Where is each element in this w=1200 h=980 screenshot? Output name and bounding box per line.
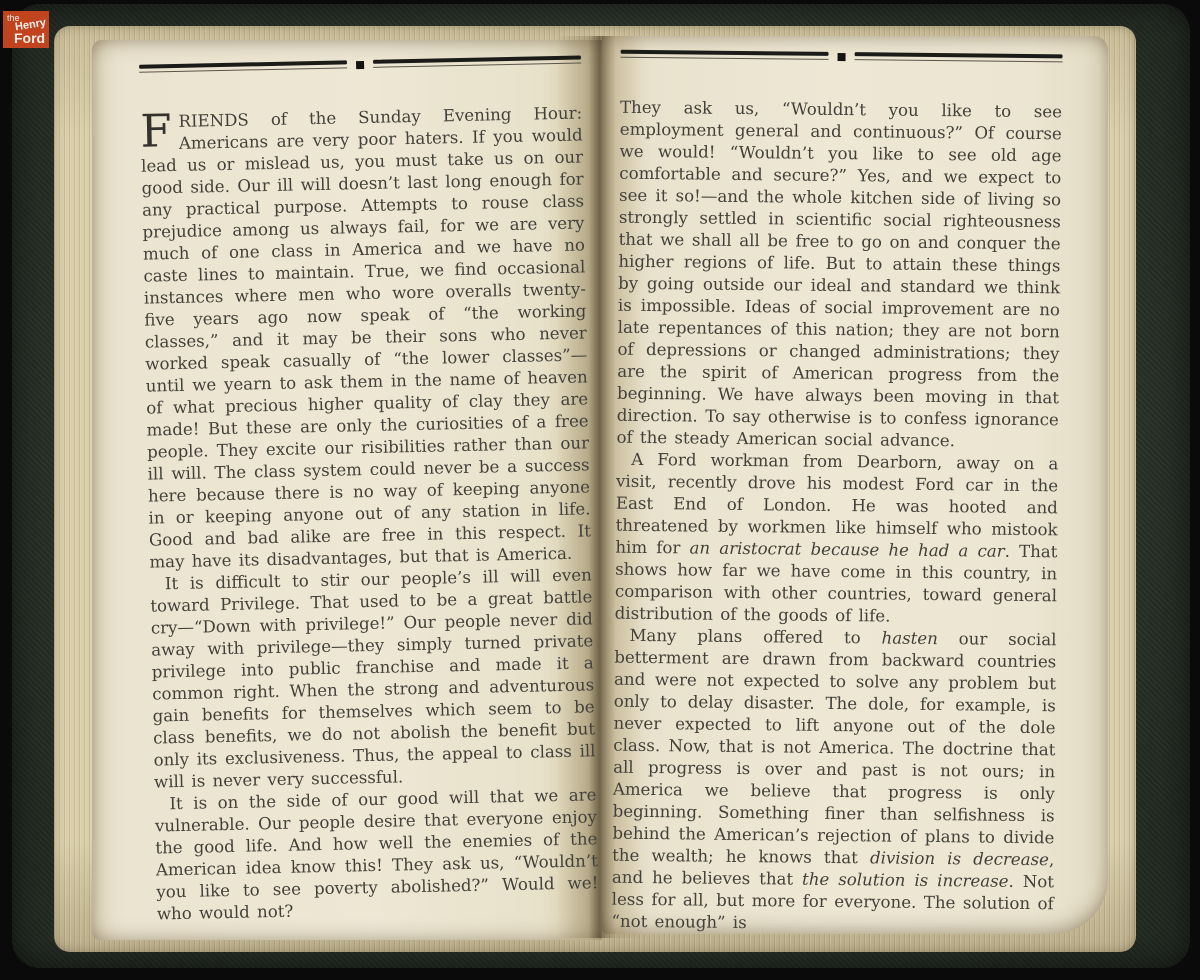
logo-word-ford: Ford: [14, 30, 45, 46]
paragraph: It is difficult to stir our people’s ill…: [150, 564, 597, 793]
paragraph: They ask us, “Wouldn’t you like to see e…: [616, 97, 1062, 454]
paragraph: Many plans offered to hasten our social …: [611, 625, 1056, 938]
text-run: RIENDS of the Sunday Evening Hour: Ameri…: [141, 103, 591, 571]
text-run: Many plans offered to: [629, 626, 881, 648]
right-page-text: They ask us, “Wouldn’t you like to see e…: [611, 97, 1062, 938]
text-run: our social betterment are drawn from bac…: [612, 629, 1056, 867]
italic-text-run: the solution is increase: [802, 870, 1009, 891]
photo-background: FRIENDS of the Sunday Evening Hour: Amer…: [0, 0, 1200, 980]
italic-text-run: hasten: [881, 628, 937, 648]
paragraph: A Ford workman from Dearborn, away on a …: [615, 449, 1059, 630]
henry-ford-logo: the Henry Ford: [3, 11, 49, 48]
text-run: They ask us, “Wouldn’t you like to see e…: [616, 98, 1062, 451]
drop-cap: F: [140, 111, 179, 150]
ornament-square-icon: [838, 53, 846, 61]
left-page-content: FRIENDS of the Sunday Evening Hour: Amer…: [139, 55, 599, 925]
paragraph: It is on the side of our good will that …: [154, 784, 599, 925]
left-page-text: FRIENDS of the Sunday Evening Hour: Amer…: [140, 102, 599, 925]
text-run: It is difficult to stir our people’s ill…: [150, 565, 596, 791]
ornament-thick-rule: [855, 52, 1063, 58]
text-run: It is on the side of our good will that …: [155, 785, 599, 923]
ornament-rule-right: [855, 52, 1063, 62]
italic-text-run: division is decrease: [870, 848, 1049, 869]
ornament-thin-rule: [139, 67, 347, 72]
ornament-rule-left: [621, 50, 829, 60]
ornament-thin-rule: [621, 57, 829, 60]
paragraph: FRIENDS of the Sunday Evening Hour: Amer…: [140, 102, 592, 573]
right-page-content: They ask us, “Wouldn’t you like to see e…: [611, 50, 1062, 938]
ornament-thin-rule: [855, 59, 1063, 62]
italic-text-run: an aristocrat because he had a car: [689, 538, 1004, 560]
ornament-thick-rule: [621, 50, 829, 56]
ornament-thin-rule: [373, 62, 581, 67]
ornament-square-icon: [356, 61, 364, 69]
